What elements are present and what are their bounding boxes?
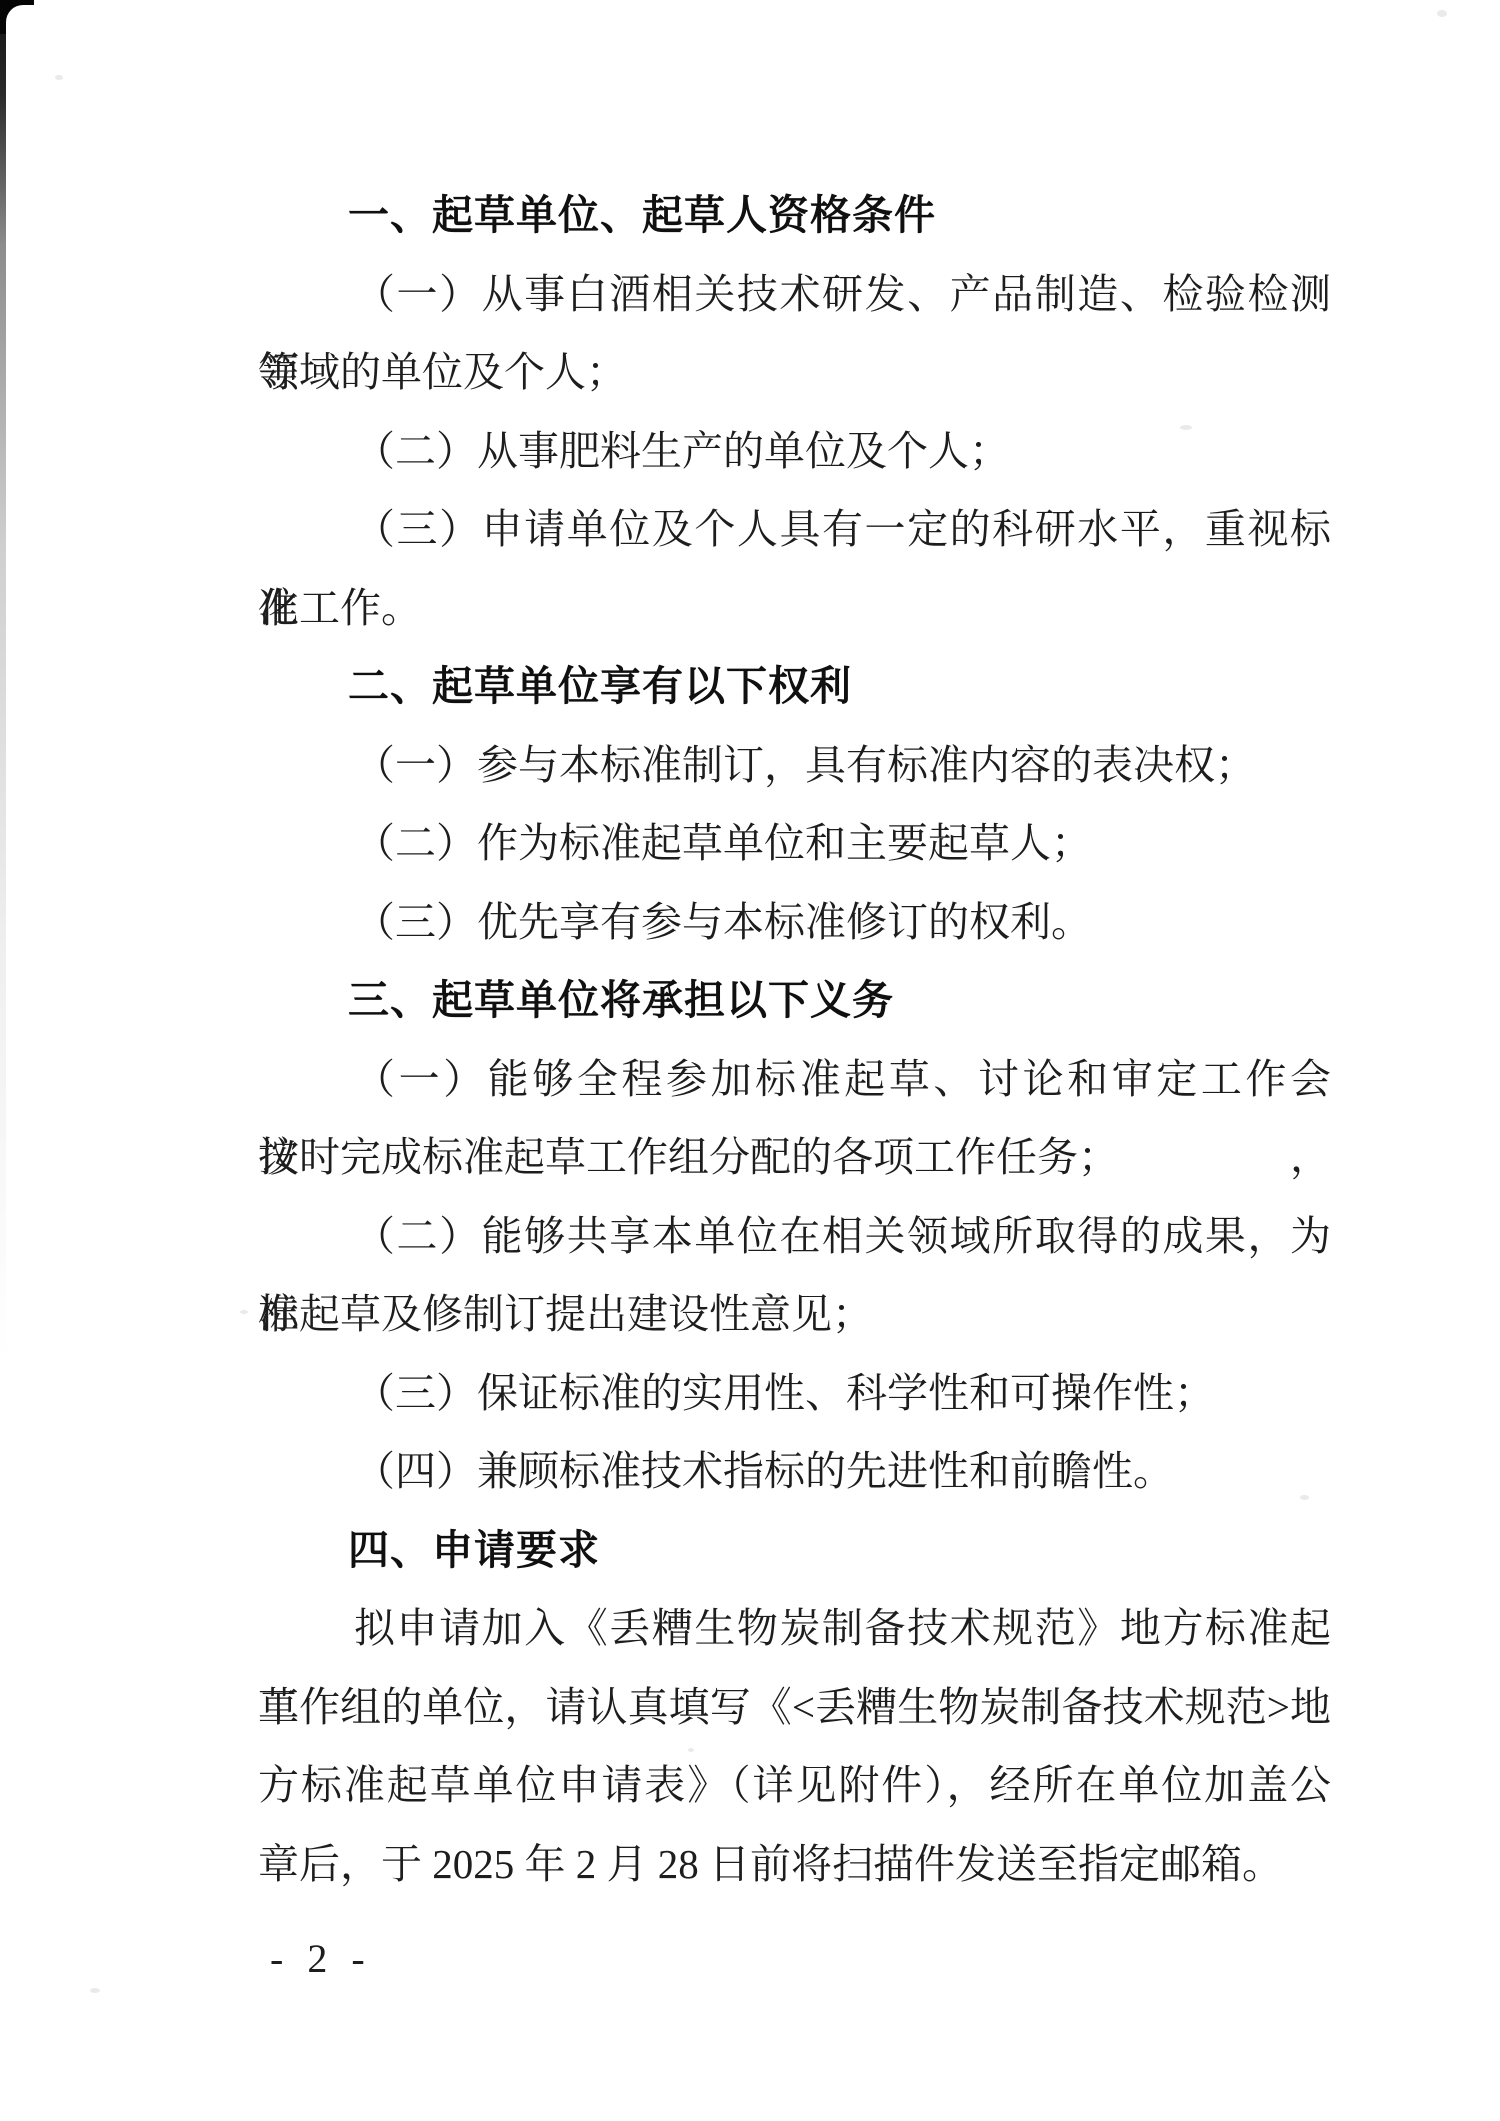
body-line: （一）能够全程参加标准起草、讨论和审定工作会议， [258,1040,1331,1119]
heading-section-3: 三、起草单位将承担以下义务 [258,961,1331,1040]
page-number: - 2 - [270,1934,372,1984]
body-line: 化工作。 [258,569,1331,648]
scan-speck [240,1310,248,1314]
scan-speck [1437,10,1447,17]
body-line: 准起草及修制订提出建设性意见； [258,1275,1331,1354]
heading-section-2: 二、起草单位享有以下权利 [258,647,1331,726]
body-line: （一）参与本标准制订，具有标准内容的表决权； [258,726,1331,805]
body-line: （三）保证标准的实用性、科学性和可操作性； [258,1354,1331,1433]
scan-speck [90,1988,100,1993]
body-line: （四）兼顾标准技术指标的先进性和前瞻性。 [258,1432,1331,1511]
document-page: 一、起草单位、起草人资格条件 （一）从事白酒相关技术研发、产品制造、检验检测等 … [0,0,1500,2121]
body-line: （二）作为标准起草单位和主要起草人； [258,804,1331,883]
scan-speck [55,75,63,80]
body-line: 章后，于 2025 年 2 月 28 日前将扫描件发送至指定邮箱。 [258,1825,1331,1904]
scan-left-edge-artifact [0,0,6,1360]
body-line: （二）能够共享本单位在相关领域所取得的成果，为标 [258,1197,1331,1276]
body-line: 工作组的单位，请认真填写《<丢糟生物炭制备技术规范>地 [258,1668,1331,1747]
heading-section-4: 四、申请要求 [258,1511,1331,1590]
scan-corner-paper-curve [6,5,52,51]
body-line: （三）优先享有参与本标准修订的权利。 [258,883,1331,962]
body-line: （一）从事白酒相关技术研发、产品制造、检验检测等 [258,255,1331,334]
body-line: 领域的单位及个人； [258,333,1331,412]
body-line: 拟申请加入《丢糟生物炭制备技术规范》地方标准起草 [258,1589,1331,1668]
body-line: （二）从事肥料生产的单位及个人； [258,412,1331,491]
body-line: 方标准起草单位申请表》（详见附件），经所在单位加盖公 [258,1746,1331,1825]
document-content: 一、起草单位、起草人资格条件 （一）从事白酒相关技术研发、产品制造、检验检测等 … [258,176,1331,1903]
heading-section-1: 一、起草单位、起草人资格条件 [258,176,1331,255]
body-line: （三）申请单位及个人具有一定的科研水平，重视标准 [258,490,1331,569]
